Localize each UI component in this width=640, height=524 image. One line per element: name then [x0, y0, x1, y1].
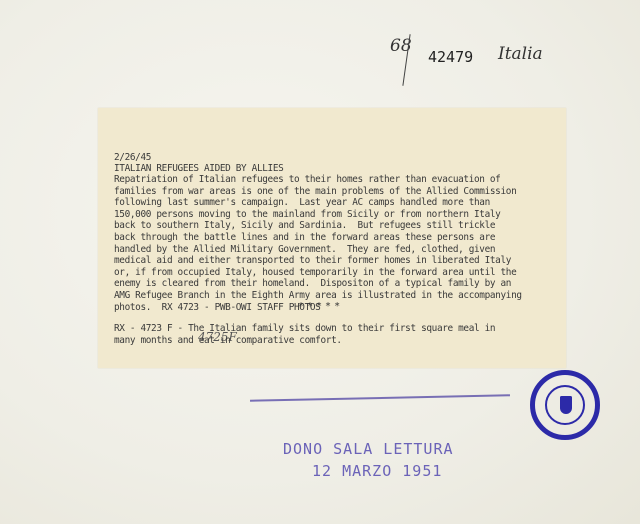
caption-line: back to southern Italy, Sicily and Sardi…	[114, 220, 495, 232]
caption-line: enemy is cleared from their homeland. Di…	[114, 278, 511, 290]
caption-line: following last summer's campaign. Last y…	[114, 197, 490, 209]
caption-paper: 2/26/45 ITALIAN REFUGEES AIDED BY ALLIES…	[98, 108, 566, 368]
shield-icon	[560, 396, 572, 414]
caption-stars: *****	[298, 301, 343, 312]
caption-line: back through the battle lines and in the…	[114, 232, 495, 244]
stamp-line	[250, 394, 510, 401]
caption-line: medical aid and either transported to th…	[114, 255, 511, 267]
caption-line: or, if from occupied Italy, housed tempo…	[114, 267, 516, 279]
caption-line: photos. RX 4723 - PWB-OWI STAFF PHOTOS	[114, 302, 320, 314]
stamp-date: 12 MARZO 1951	[312, 462, 442, 480]
caption-line: AMG Refugee Branch in the Eighth Army ar…	[114, 290, 522, 302]
caption-line: Repatriation of Italian refugees to thei…	[114, 174, 500, 186]
photo-caption-line: many months and eat in comparative comfo…	[114, 335, 342, 347]
caption-headline: ITALIAN REFUGEES AIDED BY ALLIES	[114, 163, 283, 175]
caption-line: 150,000 persons moving to the mainland f…	[114, 209, 500, 221]
caption-date: 2/26/45	[114, 152, 151, 164]
caption-line: handled by the Allied Military Governmen…	[114, 244, 495, 256]
handwritten-number: 68	[390, 36, 412, 56]
photo-caption-line: RX - 4723 F - The Italian family sits do…	[114, 323, 495, 335]
caption-line: families from war areas is one of the ma…	[114, 186, 516, 198]
handwritten-label: Italia	[498, 44, 543, 64]
archive-number: 42479	[428, 48, 473, 66]
stamp-donation: DONO SALA LETTURA	[283, 440, 454, 458]
institution-seal-icon	[530, 370, 600, 440]
